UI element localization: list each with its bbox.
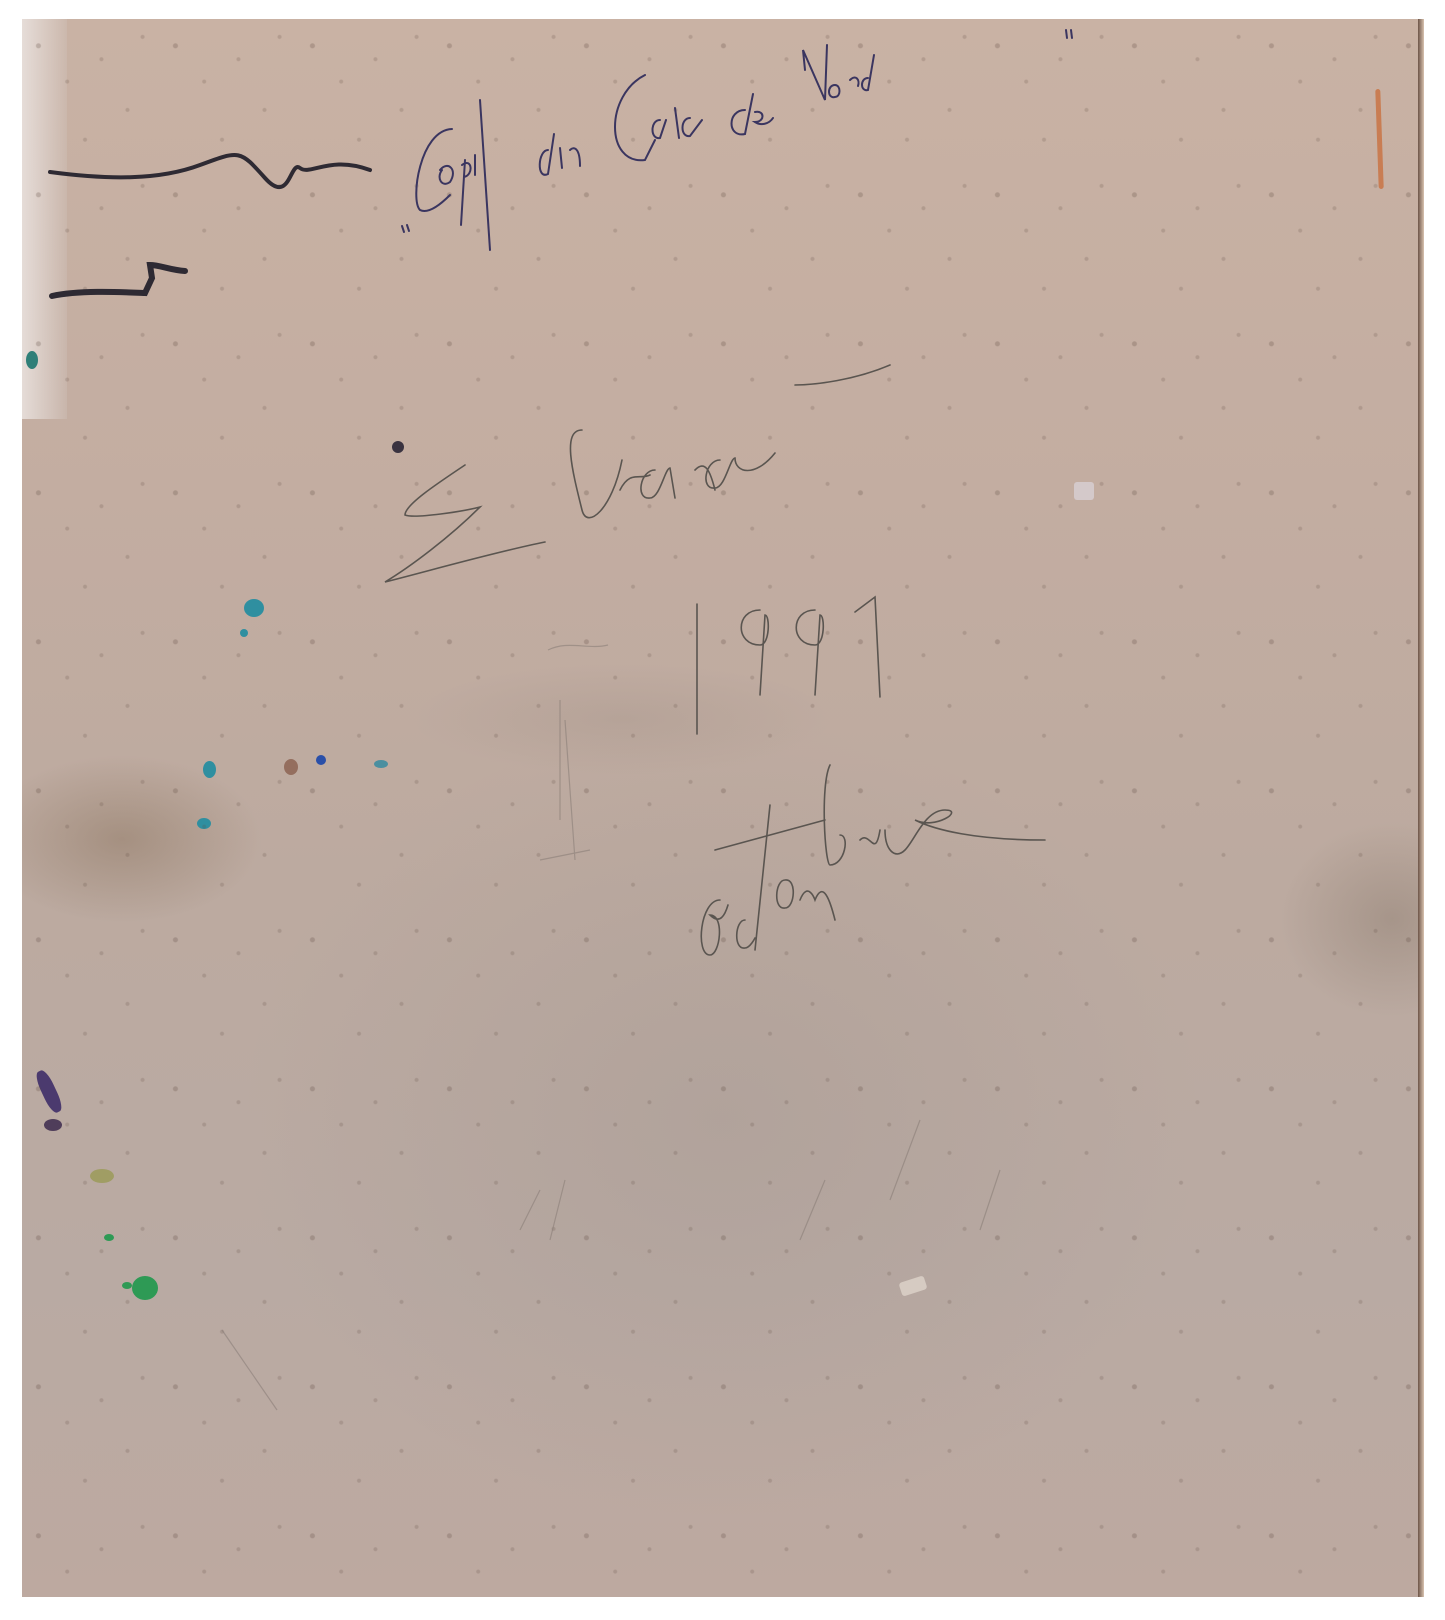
purple-smear bbox=[33, 1068, 65, 1115]
board-chip bbox=[898, 1275, 927, 1296]
board-edge bbox=[1418, 19, 1424, 1597]
red-paint-streak bbox=[1375, 89, 1383, 189]
teal-splash bbox=[374, 760, 388, 768]
hardboard-back bbox=[22, 19, 1424, 1597]
green-splash bbox=[104, 1234, 114, 1241]
teal-splash bbox=[203, 761, 216, 778]
year-text: 1991 bbox=[0, 0, 1, 1]
teal-splash bbox=[244, 599, 264, 617]
green-splash bbox=[122, 1282, 132, 1289]
green-splash bbox=[132, 1276, 158, 1300]
signature-text: E. Vrana bbox=[0, 0, 1, 1]
title-inscription: „Copil din Gara de Nord" bbox=[0, 0, 1, 1]
metal-chip bbox=[1074, 482, 1094, 500]
brown-stain bbox=[284, 759, 298, 775]
olive-smear bbox=[90, 1169, 114, 1183]
blue-dot bbox=[316, 755, 326, 765]
month-text: octombrie bbox=[0, 0, 1, 1]
purple-smear bbox=[44, 1119, 62, 1131]
teal-splash bbox=[240, 629, 248, 637]
teal-splash bbox=[26, 351, 38, 369]
teal-splash bbox=[197, 818, 211, 829]
dark-stain bbox=[392, 441, 404, 453]
